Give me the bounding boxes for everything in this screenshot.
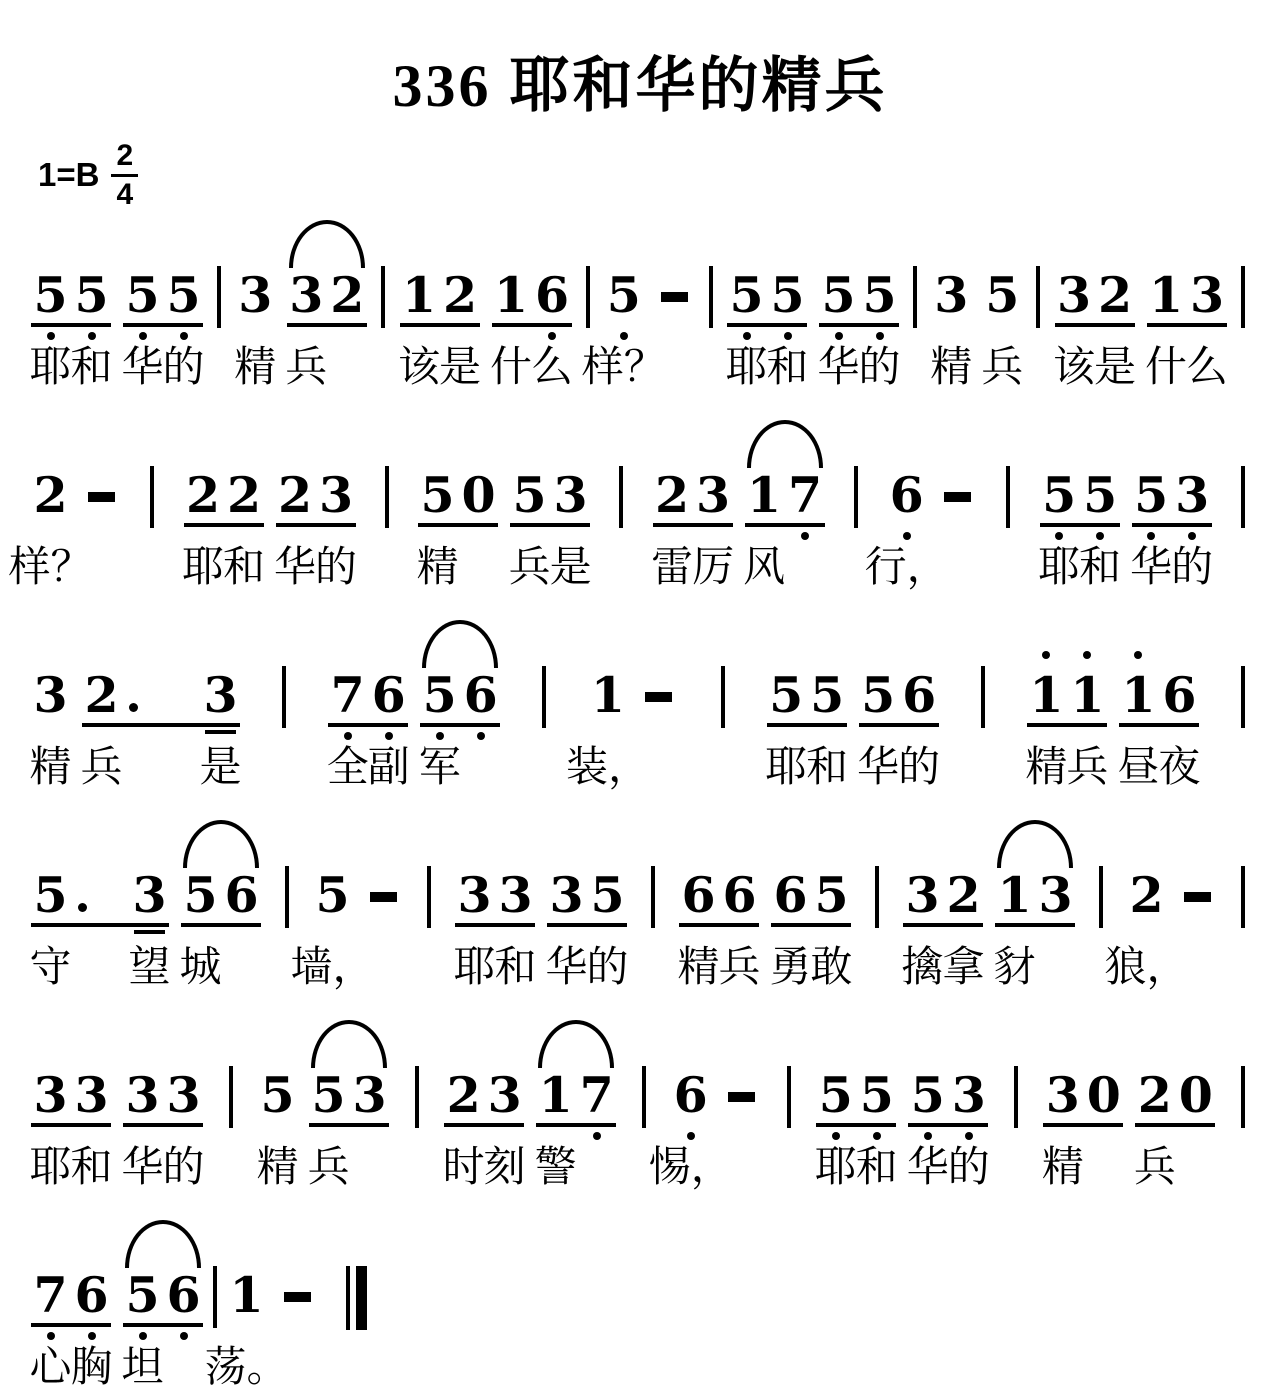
measure: 5墙， — [312, 866, 404, 992]
note-group: 2兵0 — [1134, 1066, 1216, 1192]
note: 5华 — [1131, 466, 1172, 592]
barline — [1241, 666, 1245, 728]
note-group: 3耶3和 — [454, 866, 536, 992]
measure: 3耶3和3华5的 — [454, 866, 628, 992]
note-glyph: 5 — [769, 666, 803, 722]
note-glyph: 3 — [498, 866, 532, 922]
dash-glyph — [728, 1092, 755, 1102]
lyric-char: 耶 — [765, 744, 807, 792]
note: 5耶 — [1039, 466, 1080, 592]
lyric-char: 精 — [234, 344, 276, 392]
note: 5和 — [856, 1066, 897, 1192]
note-group: 2雷3厉 — [652, 466, 734, 592]
note-glyph: 5 — [125, 266, 159, 322]
note-group: 6勇5敢 — [770, 866, 852, 992]
note-glyph: 5 — [590, 866, 624, 922]
note-glyph: 6 — [224, 866, 258, 922]
note: 7 — [576, 1066, 617, 1192]
octave-dot-below — [743, 332, 751, 340]
octave-dot-below — [801, 532, 809, 540]
note: 1兵 — [1067, 666, 1108, 792]
measure: 2狼， — [1126, 866, 1218, 992]
lyric-char: 擒 — [902, 944, 944, 992]
note-group — [363, 866, 404, 992]
note: 1风 — [744, 466, 785, 592]
note-group: 1精1兵 — [1026, 666, 1108, 792]
note: 3是 — [200, 666, 241, 792]
note-glyph: 3 — [549, 866, 583, 922]
final-barline — [346, 1266, 367, 1330]
note: 2拿 — [943, 866, 984, 992]
note-group: 2狼， — [1126, 866, 1167, 992]
note: 6兵 — [719, 866, 760, 992]
note-glyph: 3 — [166, 1066, 200, 1122]
octave-dot-below — [88, 332, 96, 340]
note-group: 2华3的 — [275, 466, 357, 592]
octave-dot-below — [180, 1332, 188, 1340]
barline — [1241, 1066, 1245, 1128]
note: 1警 — [535, 1066, 576, 1192]
note-glyph: 3 — [1175, 466, 1209, 522]
note-glyph: 5 — [607, 266, 641, 322]
barline — [1014, 1066, 1018, 1128]
note-glyph: 2 — [186, 466, 220, 522]
lyric-char: 荡。 — [205, 1344, 289, 1392]
note-glyph: 7 — [331, 666, 365, 722]
octave-dot-below — [1188, 532, 1196, 540]
note-group: 5兵3是 — [509, 466, 591, 592]
measure: 6精6兵6勇5敢 — [678, 866, 852, 992]
note-glyph: 5 — [810, 666, 844, 722]
lyric-char: 兵 — [1066, 744, 1108, 792]
octave-dot-below — [139, 1332, 147, 1340]
octave-dot-below — [1147, 532, 1155, 540]
note-glyph — [88, 466, 115, 522]
lyric-char: 敢 — [811, 944, 853, 992]
lyric-char: 和 — [856, 1144, 898, 1192]
note: 1荡。 — [226, 1266, 267, 1392]
sheet-music-page: { "page": { "title": "336 耶和华的精兵", "key"… — [0, 0, 1280, 1396]
note-group: 3精 — [30, 666, 71, 792]
note: 6勇 — [770, 866, 811, 992]
dash-extender — [277, 1266, 318, 1392]
lyric-char: 全 — [327, 744, 369, 792]
note-glyph: 3 — [132, 866, 166, 922]
dash-glyph — [645, 692, 672, 702]
lyric-char: 是 — [439, 344, 481, 392]
octave-dot-below — [873, 1132, 881, 1140]
note: 6行， — [886, 466, 927, 592]
lyric-char: 警 — [535, 1144, 577, 1192]
dash-glyph — [944, 492, 971, 502]
note: 5城 — [180, 866, 221, 992]
note-group: 3精 — [235, 266, 276, 392]
note-group: 6惕， — [670, 1066, 711, 1192]
note-group: 7心6胸 — [30, 1266, 112, 1392]
note-glyph: 5 — [862, 266, 896, 322]
barline — [651, 866, 655, 928]
note-glyph: 3 — [457, 866, 491, 922]
note: 5和 — [767, 266, 808, 392]
note-glyph: 2 — [33, 466, 67, 522]
lyric-char: 和 — [71, 344, 113, 392]
measure: 2时3刻1警7 — [443, 1066, 617, 1192]
note-group: 5兵3 — [308, 1066, 390, 1192]
note-group: 5华3的 — [907, 1066, 989, 1192]
measure: 1精1兵1昼6夜 — [1026, 666, 1200, 792]
note: 2兵 — [1134, 1066, 1175, 1192]
rest-note: 0 — [458, 466, 499, 592]
note-glyph: 6 — [74, 1266, 108, 1322]
lyric-char: 的 — [587, 944, 629, 992]
note-glyph: 1 — [997, 866, 1031, 922]
note-group: 1装， — [587, 666, 628, 792]
note-group: 5坦6 — [122, 1266, 204, 1392]
note: 1昼 — [1118, 666, 1159, 792]
measure: 5守3望5城6 — [30, 866, 262, 992]
octave-dot-above — [1083, 651, 1091, 659]
slur — [747, 420, 823, 468]
note-glyph: 6 — [674, 1066, 708, 1122]
note-glyph: 1 — [539, 1066, 573, 1122]
time-signature: 2 4 — [111, 140, 138, 210]
octave-dot-below — [835, 332, 843, 340]
note: 7全 — [327, 666, 368, 792]
dash-glyph — [370, 892, 397, 902]
barline — [787, 1066, 791, 1128]
dash-extender — [654, 266, 695, 392]
lyric-char: 精 — [678, 944, 720, 992]
lyric-char: 的 — [859, 344, 901, 392]
music-system: 3精2兵3是7全6副5军61装，5耶5和5华6的1精1兵1昼6夜 — [30, 618, 1254, 792]
note: 3擒 — [902, 866, 943, 992]
note-glyph: 3 — [488, 1066, 522, 1122]
barline — [642, 1066, 646, 1128]
lyric-char: 精 — [1042, 1144, 1084, 1192]
dash-extender — [81, 466, 122, 592]
note-glyph: 1 — [591, 666, 625, 722]
note-glyph: 6 — [902, 666, 936, 722]
note-glyph: 5 — [1042, 466, 1076, 522]
lyric-char: 耶 — [30, 344, 72, 392]
measure: 5耶5和5华3的 — [1039, 466, 1213, 592]
note-glyph: 1 — [1029, 666, 1063, 722]
octave-dot-below — [88, 1332, 96, 1340]
note-group: 2兵3是 — [81, 666, 241, 792]
note-glyph — [645, 666, 672, 722]
lyric-char: 昼 — [1117, 744, 1159, 792]
barline — [875, 866, 879, 928]
rest-note: 0 — [1083, 1066, 1124, 1192]
lyric-char: 是 — [200, 744, 242, 792]
octave-dot-below — [344, 732, 352, 740]
note-glyph: 6 — [681, 866, 715, 922]
octave-dot-below — [593, 1132, 601, 1140]
note: 2华 — [275, 466, 316, 592]
note-glyph: 3 — [238, 266, 272, 322]
system-row: 5守3望5城65墙，3耶3和3华5的6精6兵6勇5敢3擒2拿1豺32狼， — [30, 818, 1254, 992]
lyric-char: 精 — [930, 344, 972, 392]
note-group: 3精0 — [1042, 1066, 1124, 1192]
music-system: 5守3望5城65墙，3耶3和3华5的6精6兵6勇5敢3擒2拿1豺32狼， — [30, 818, 1254, 992]
note-glyph: 0 — [1179, 1066, 1213, 1122]
lyric-char: 和 — [495, 944, 537, 992]
barline — [285, 866, 289, 928]
note-glyph: 2 — [655, 466, 689, 522]
note: 5的 — [859, 266, 900, 392]
note: 5兵 — [509, 466, 550, 592]
octave-dot-below — [924, 1132, 932, 1140]
measure: 3该2是1什3么 — [1054, 266, 1228, 392]
note: 5和 — [807, 666, 848, 792]
note-glyph: 3 — [353, 1066, 387, 1122]
note: 5的 — [163, 266, 204, 392]
lyric-char: 耶 — [182, 544, 224, 592]
lyric-char: 华 — [274, 544, 316, 592]
barline — [854, 466, 858, 528]
note: 6夜 — [1159, 666, 1200, 792]
note-glyph: 2 — [84, 666, 118, 722]
note-group: 5精0 — [417, 466, 499, 592]
note-glyph: 0 — [462, 466, 496, 522]
lyric-char: 雷 — [651, 544, 693, 592]
lyric-char: 兵 — [1134, 1144, 1176, 1192]
final-bar-thin — [346, 1266, 350, 1330]
note-glyph: 6 — [890, 466, 924, 522]
lyric-char: 华 — [546, 944, 588, 992]
lyric-char: 心 — [30, 1344, 72, 1392]
score: 5耶5和5华5的3精3兵21该2是1什6么5样？5耶5和5华5的3精5兵3该2是… — [0, 218, 1280, 1392]
note-group: 1该2是 — [399, 266, 481, 392]
note: 7 — [785, 466, 826, 592]
measure: 5耶5和5华5的 — [30, 266, 204, 392]
octave-dot-below — [47, 1332, 55, 1340]
lyric-char: 精 — [30, 744, 72, 792]
lyric-char: 的 — [898, 744, 940, 792]
lyric-char: 华 — [1130, 544, 1172, 592]
note: 3华 — [122, 1066, 163, 1192]
note: 5耶 — [815, 1066, 856, 1192]
octave-dot-below — [687, 1132, 695, 1140]
note: 3刻 — [484, 1066, 525, 1192]
note-group — [721, 1066, 762, 1192]
measure: 3精02兵0 — [1042, 1066, 1216, 1192]
note: 5样？ — [603, 266, 644, 392]
note-group: 1什6么 — [491, 266, 573, 392]
note-glyph: 2 — [1098, 266, 1132, 322]
note-group: 2样？ — [30, 466, 71, 592]
lyric-char: 是 — [550, 544, 592, 592]
note: 3望 — [129, 866, 170, 992]
lyric-char: 厉 — [692, 544, 734, 592]
lyric-char: 华 — [122, 344, 164, 392]
note: 2兵 — [81, 666, 122, 792]
lyric-char: 样？ — [9, 544, 93, 592]
barline — [1241, 866, 1245, 928]
octave-dot-below — [832, 1132, 840, 1140]
note-glyph: 1 — [494, 266, 528, 322]
measure: 2雷3厉1风7 — [652, 466, 826, 592]
note: 2是 — [440, 266, 481, 392]
note-glyph — [728, 1066, 755, 1122]
augmentation-dot — [71, 866, 93, 992]
note-group: 3精 — [931, 266, 972, 392]
note: 2雷 — [652, 466, 693, 592]
note-group: 1警7 — [535, 1066, 617, 1192]
measure: 7心6胸5坦6 — [30, 1266, 204, 1392]
lyric-char: 耶 — [815, 1144, 857, 1192]
note-glyph: 5 — [421, 466, 455, 522]
lyric-char: 的 — [1171, 544, 1213, 592]
lyric-char: 和 — [767, 344, 809, 392]
note-glyph — [284, 1266, 311, 1322]
note-glyph: 5 — [315, 866, 349, 922]
barline — [381, 266, 385, 328]
augmentation-dot — [122, 666, 144, 792]
measure: 3擒2拿1豺3 — [902, 866, 1076, 992]
note-group: 5华5的 — [818, 266, 900, 392]
lyric-char: 华 — [907, 1144, 949, 1192]
note-glyph — [129, 666, 138, 722]
note-glyph: 6 — [166, 1266, 200, 1322]
barline — [282, 666, 286, 728]
note-group: 2时3刻 — [443, 1066, 525, 1192]
measure: 2样？ — [30, 466, 122, 592]
note-glyph: 1 — [1121, 666, 1155, 722]
note: 5墙， — [312, 866, 353, 992]
note-group: 5墙， — [312, 866, 353, 992]
note: 3么 — [1187, 266, 1228, 392]
note-glyph: 6 — [1162, 666, 1196, 722]
system-row: 2样？2耶2和2华3的5精05兵3是2雷3厉1风76行，5耶5和5华3的 — [30, 418, 1254, 592]
note-glyph: 5 — [33, 266, 67, 322]
music-system: 5耶5和5华5的3精3兵21该2是1什6么5样？5耶5和5华5的3精5兵3该2是… — [30, 218, 1254, 392]
note: 3的 — [163, 1066, 204, 1192]
dash-extender — [638, 666, 679, 792]
octave-dot-below — [620, 332, 628, 340]
barline — [981, 666, 985, 728]
lyric-char: 城 — [180, 944, 222, 992]
note-glyph: 5 — [821, 266, 855, 322]
note-group: 3该2是 — [1054, 266, 1136, 392]
barline — [1241, 266, 1245, 328]
note-group: 6行， — [886, 466, 927, 592]
note-group: 5兵 — [982, 266, 1023, 392]
lyric-char: 耶 — [726, 344, 768, 392]
note-glyph: 3 — [1038, 866, 1072, 922]
octave-dot-below — [180, 332, 188, 340]
note-glyph: 6 — [535, 266, 569, 322]
note-glyph: 5 — [312, 1066, 346, 1122]
note: 3精 — [30, 666, 71, 792]
measure: 1装， — [587, 666, 679, 792]
lyric-char: 什 — [490, 344, 532, 392]
octave-dot-above — [1134, 651, 1142, 659]
note-glyph: 5 — [819, 1066, 853, 1122]
lyric-char: 精 — [417, 544, 459, 592]
note: 6的 — [899, 666, 940, 792]
note: 5和 — [1080, 466, 1121, 592]
lyric-char: 的 — [163, 344, 205, 392]
note-glyph: 2 — [1138, 1066, 1172, 1122]
note-glyph: 3 — [203, 666, 237, 722]
lyric-char: 兵 — [308, 1144, 350, 1192]
slur — [125, 1220, 201, 1268]
lyric-char: 兵 — [719, 944, 761, 992]
barline — [1036, 266, 1040, 328]
note-group: 5华5的 — [122, 266, 204, 392]
note: 6副 — [368, 666, 409, 792]
note: 1装， — [587, 666, 628, 792]
note-glyph: 5 — [33, 866, 67, 922]
lyric-char: 坦 — [122, 1344, 164, 1392]
octave-dot-below — [903, 532, 911, 540]
note-group: 5耶5和 — [766, 666, 848, 792]
note-group: 5耶5和 — [30, 266, 112, 392]
octave-dot-below — [876, 332, 884, 340]
lyric-char: 什 — [1145, 344, 1187, 392]
note-group: 3兵2 — [286, 266, 368, 392]
lyric-char: 华 — [818, 344, 860, 392]
note: 2样？ — [30, 466, 71, 592]
lyric-char: 和 — [1079, 544, 1121, 592]
barline — [913, 266, 917, 328]
note-glyph: 7 — [33, 1266, 67, 1322]
note: 6么 — [532, 266, 573, 392]
note-glyph: 7 — [580, 1066, 614, 1122]
dash-glyph — [284, 1292, 311, 1302]
note-glyph: 5 — [770, 266, 804, 322]
dash-extender — [937, 466, 978, 592]
note: 6 — [460, 666, 501, 792]
note-glyph — [661, 266, 688, 322]
note: 2时 — [443, 1066, 484, 1192]
lyric-char: 狼， — [1105, 944, 1189, 992]
note: 3和 — [71, 1066, 112, 1192]
note-glyph: 3 — [289, 266, 323, 322]
note: 5和 — [71, 266, 112, 392]
barline — [229, 1066, 233, 1128]
note-glyph — [370, 866, 397, 922]
octave-dot-below — [477, 732, 485, 740]
note-group: 5军6 — [419, 666, 501, 792]
note-glyph: 5 — [1134, 466, 1168, 522]
music-system: 7心6胸5坦61荡。 — [30, 1218, 1254, 1392]
measure: 5样？ — [603, 266, 695, 392]
note-group: 1风7 — [744, 466, 826, 592]
measure: 1该2是1什6么 — [399, 266, 573, 392]
lyric-char: 军 — [419, 744, 461, 792]
lyric-char: 耶 — [30, 1144, 72, 1192]
lyric-char: 耶 — [454, 944, 496, 992]
lyric-char: 精 — [257, 1144, 299, 1192]
slur — [311, 1020, 387, 1068]
note-glyph: 1 — [747, 466, 781, 522]
note-group: 5样？ — [603, 266, 644, 392]
note-group: 5华6的 — [858, 666, 940, 792]
system-row: 3耶3和3华3的5精5兵32时3刻1警76惕，5耶5和5华3的3精02兵0 — [30, 1018, 1254, 1192]
lyric-char: 的 — [315, 544, 357, 592]
measure: 5耶5和5华6的 — [766, 666, 940, 792]
note-group: 5城6 — [180, 866, 262, 992]
note-glyph: 5 — [74, 266, 108, 322]
note-group: 1昼6夜 — [1118, 666, 1200, 792]
lyric-char: 该 — [398, 344, 440, 392]
note-group: 5精 — [257, 1066, 298, 1192]
barline — [385, 466, 389, 528]
octave-dot-below — [548, 332, 556, 340]
note: 2 — [327, 266, 368, 392]
